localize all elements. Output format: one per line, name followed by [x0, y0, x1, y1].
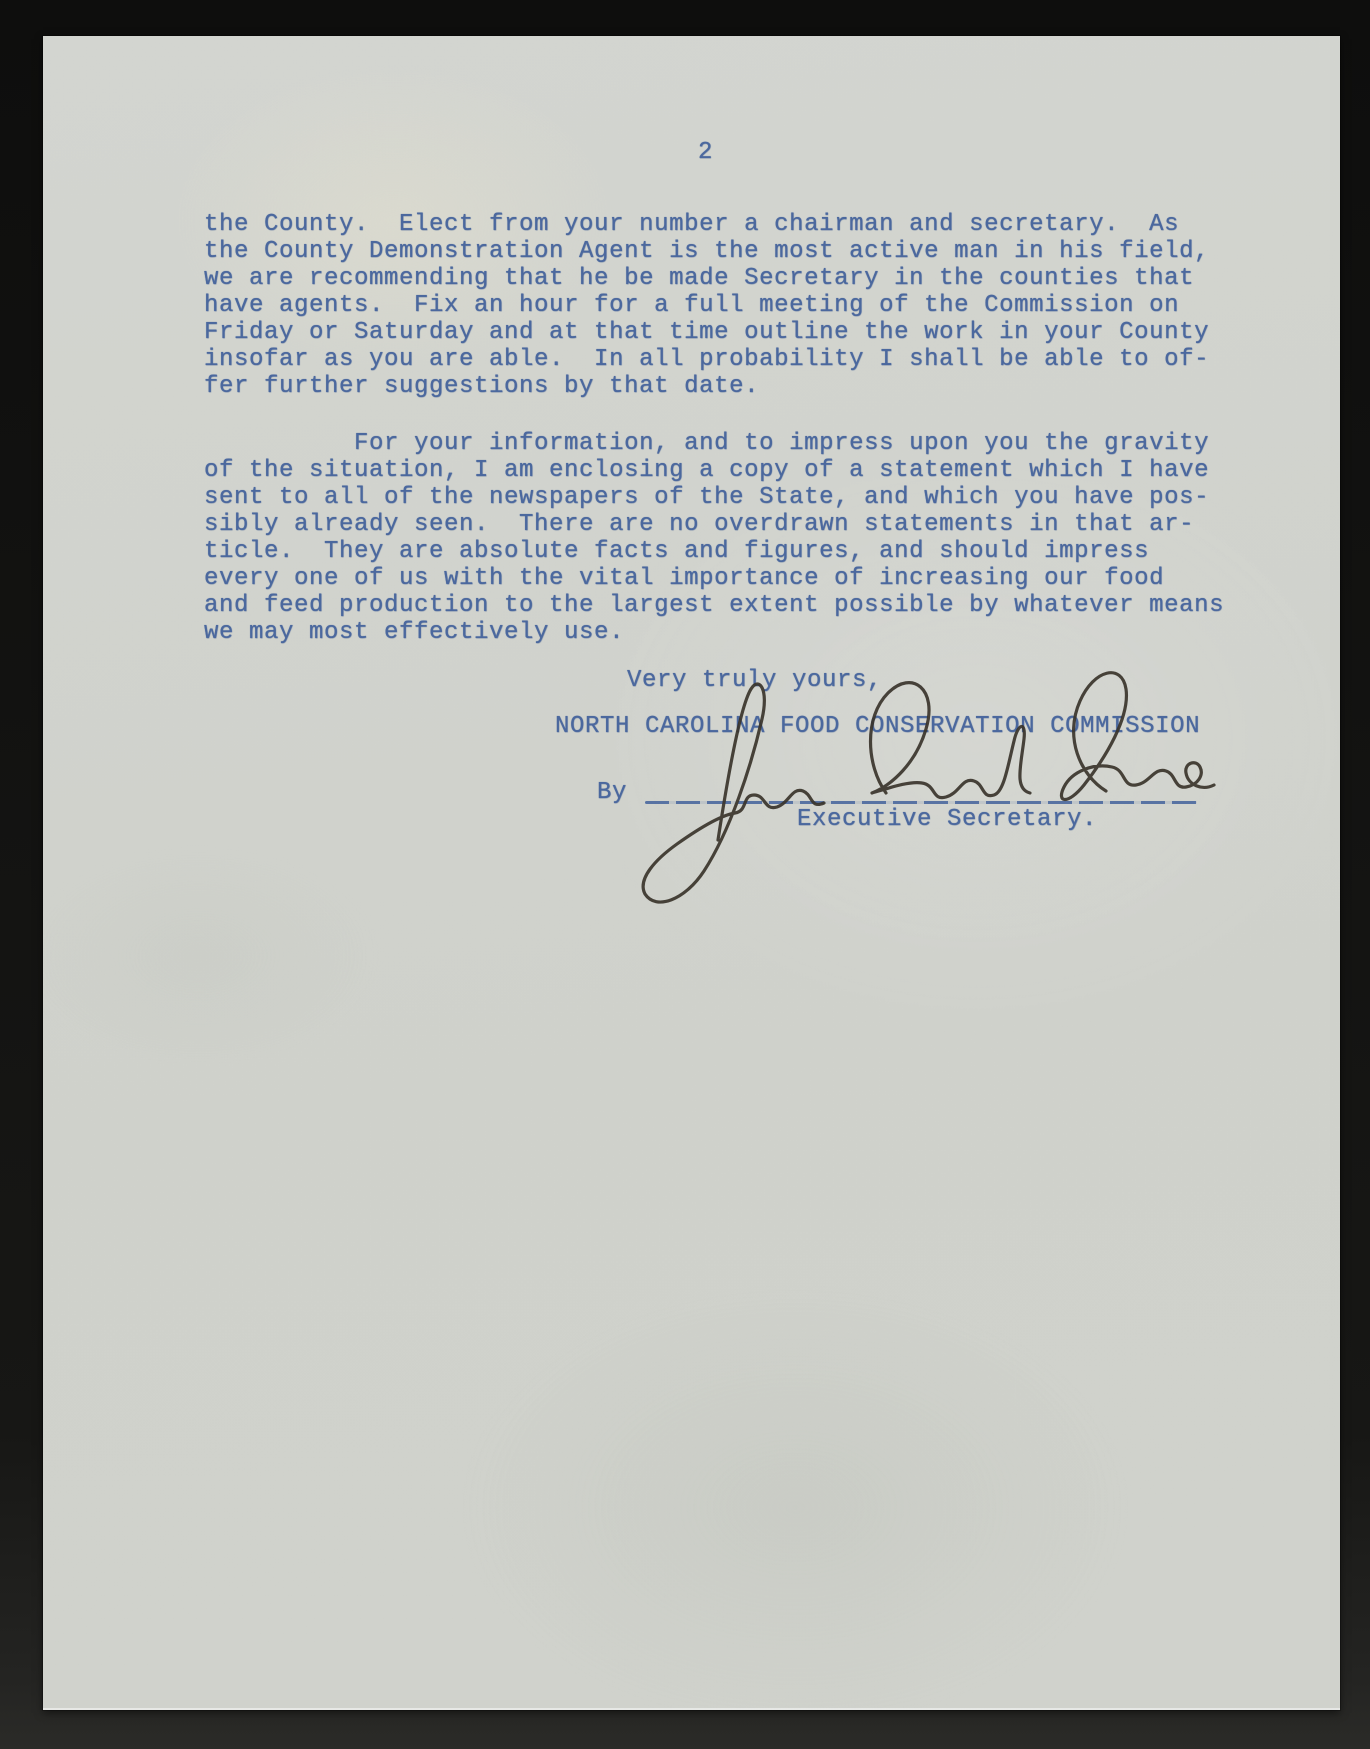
typed-line: the County Demonstration Agent is the mo… [204, 238, 1209, 265]
typed-line: ticle. They are absolute facts and figur… [204, 538, 1224, 565]
typed-line: of the situation, I am enclosing a copy … [204, 457, 1224, 484]
signature-stroke-lucas [1061, 673, 1214, 800]
signature-stroke-john [643, 684, 824, 902]
typed-line: have agents. Fix an hour for a full meet… [204, 292, 1209, 319]
typed-line: For your information, and to impress upo… [204, 430, 1224, 457]
typed-line: sent to all of the newspapers of the Sta… [204, 484, 1224, 511]
typed-line: the County. Elect from your number a cha… [204, 211, 1209, 238]
signature-stroke-paul [871, 683, 1031, 798]
scan-background: 2 the County. Elect from your number a c… [0, 0, 1370, 1749]
typed-line: sibly already seen. There are no overdra… [204, 511, 1224, 538]
typed-line: insofar as you are able. In all probabil… [204, 346, 1209, 373]
typed-line: every one of us with the vital importanc… [204, 565, 1224, 592]
typed-line: we are recommending that he be made Secr… [204, 265, 1209, 292]
typed-line: and feed production to the largest exten… [204, 592, 1224, 619]
paragraph-enclosed-statement: For your information, and to impress upo… [204, 430, 1224, 646]
page-number: 2 [698, 139, 713, 166]
handwritten-signature [560, 640, 1200, 910]
typed-line: Friday or Saturday and at that time outl… [204, 319, 1209, 346]
paragraph-county-organization: the County. Elect from your number a cha… [204, 211, 1209, 400]
letter-page: 2 the County. Elect from your number a c… [43, 36, 1340, 1710]
typed-line: fer further suggestions by that date. [204, 373, 1209, 400]
